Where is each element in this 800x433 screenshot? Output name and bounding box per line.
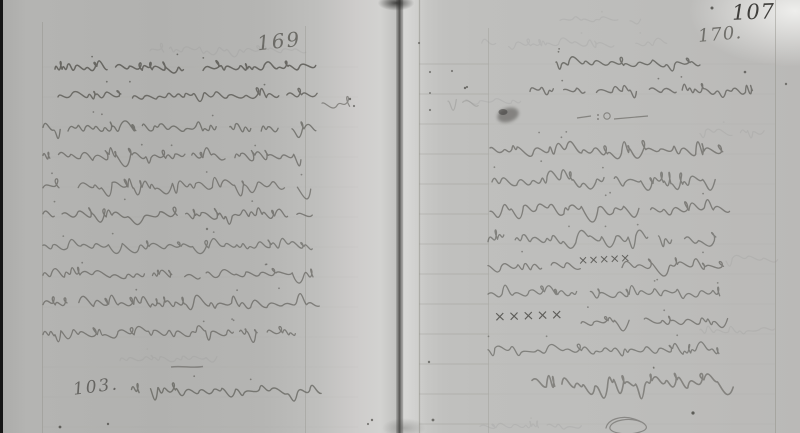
crossout-marks-1: ××××× (578, 252, 631, 267)
right-page-number: 170. (697, 24, 742, 46)
left-page-number: 169 (256, 29, 302, 54)
manuscript-scan: 107 169 170. 103. ××××× ××××× (0, 0, 800, 433)
folio-number: 107 (732, 1, 776, 23)
crossout-marks-2: ××××× (494, 308, 566, 324)
handwriting-ink-layer (0, 0, 800, 433)
